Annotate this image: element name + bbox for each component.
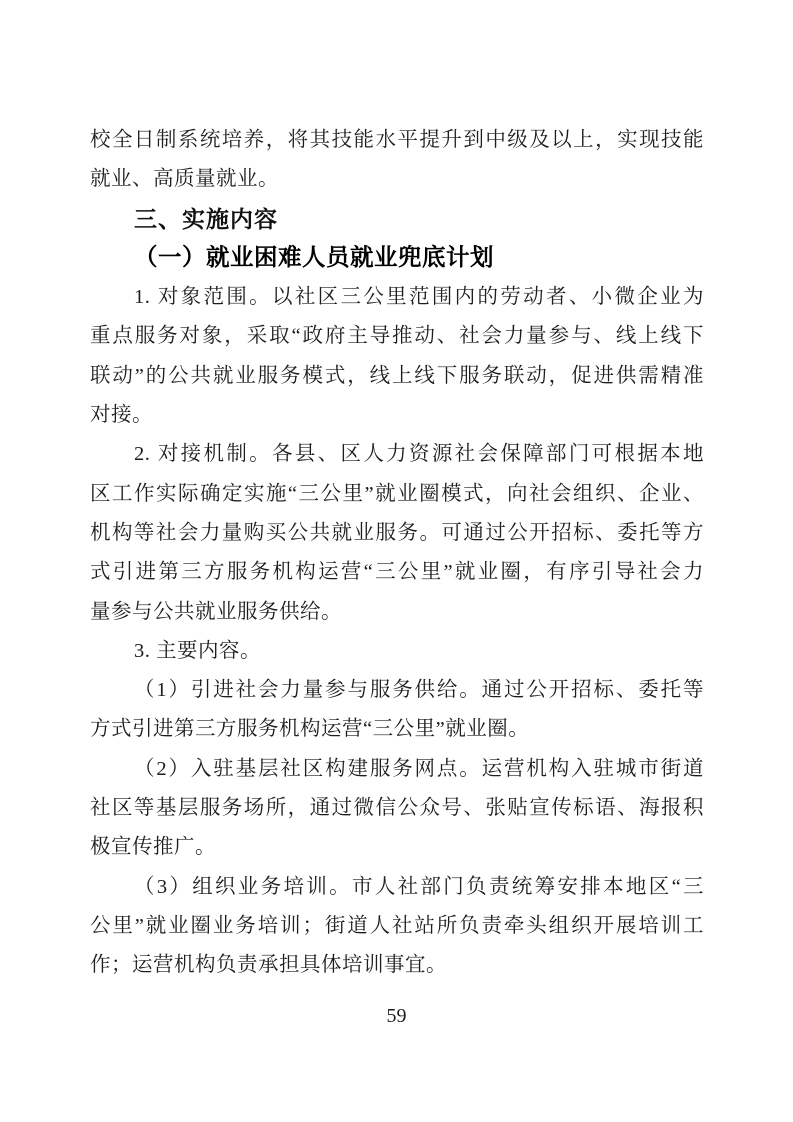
- text-line: 区工作实际确定实施“三公里”就业圈模式，向社会组织、企业、: [90, 475, 704, 514]
- text-line: （1）引进社会力量参与服务供给。通过公开招标、委托等: [90, 671, 704, 710]
- paragraph: （3）组织业务培训。市人社部门负责统筹安排本地区“三公里”就业圈业务培训；街道人…: [90, 868, 704, 986]
- paragraph: 校全日制系统培养，将其技能水平提升到中级及以上，实现技能就业、高质量就业。: [90, 121, 704, 200]
- text-line: 3. 主要内容。: [90, 632, 704, 671]
- text-line: 社区等基层服务场所，通过微信公众号、张贴宣传标语、海报积: [90, 789, 704, 828]
- paragraph: （1）引进社会力量参与服务供给。通过公开招标、委托等方式引进第三方服务机构运营“…: [90, 671, 704, 750]
- text-line: 2. 对接机制。各县、区人力资源社会保障部门可根据本地: [90, 435, 704, 474]
- text-line: 对接。: [90, 396, 704, 435]
- paragraph: 3. 主要内容。: [90, 632, 704, 671]
- text-line: （2）入驻基层社区构建服务网点。运营机构入驻城市街道: [90, 750, 704, 789]
- text-line: 1. 对象范围。以社区三公里范围内的劳动者、小微企业为: [90, 278, 704, 317]
- subsection-heading: （一）就业困难人员就业兜底计划: [90, 239, 704, 278]
- page-number: 59: [0, 1004, 793, 1028]
- text-line: 作；运营机构负责承担具体培训事宜。: [90, 946, 704, 985]
- paragraph: （2）入驻基层社区构建服务网点。运营机构入驻城市街道社区等基层服务场所，通过微信…: [90, 750, 704, 868]
- text-line: 量参与公共就业服务供给。: [90, 593, 704, 632]
- section-heading: 三、实施内容: [90, 200, 704, 239]
- text-line: 公里”就业圈业务培训；街道人社站所负责牵头组织开展培训工: [90, 907, 704, 946]
- text-line: 校全日制系统培养，将其技能水平提升到中级及以上，实现技能: [90, 121, 704, 160]
- paragraph: 1. 对象范围。以社区三公里范围内的劳动者、小微企业为重点服务对象，采取“政府主…: [90, 278, 704, 435]
- document-page: 校全日制系统培养，将其技能水平提升到中级及以上，实现技能就业、高质量就业。三、实…: [0, 0, 793, 1122]
- paragraph: 2. 对接机制。各县、区人力资源社会保障部门可根据本地区工作实际确定实施“三公里…: [90, 435, 704, 631]
- text-line: 就业、高质量就业。: [90, 160, 704, 199]
- text-line: 重点服务对象，采取“政府主导推动、社会力量参与、线上线下: [90, 317, 704, 356]
- text-line: （3）组织业务培训。市人社部门负责统筹安排本地区“三: [90, 868, 704, 907]
- text-line: 联动”的公共就业服务模式，线上线下服务联动，促进供需精准: [90, 357, 704, 396]
- text-line: （一）就业困难人员就业兜底计划: [90, 239, 704, 278]
- text-line: 机构等社会力量购买公共就业服务。可通过公开招标、委托等方: [90, 514, 704, 553]
- text-line: 极宣传推广。: [90, 828, 704, 867]
- text-line: 方式引进第三方服务机构运营“三公里”就业圈。: [90, 710, 704, 749]
- text-line: 式引进第三方服务机构运营“三公里”就业圈，有序引导社会力: [90, 553, 704, 592]
- document-body: 校全日制系统培养，将其技能水平提升到中级及以上，实现技能就业、高质量就业。三、实…: [90, 121, 704, 986]
- text-line: 三、实施内容: [90, 200, 704, 239]
